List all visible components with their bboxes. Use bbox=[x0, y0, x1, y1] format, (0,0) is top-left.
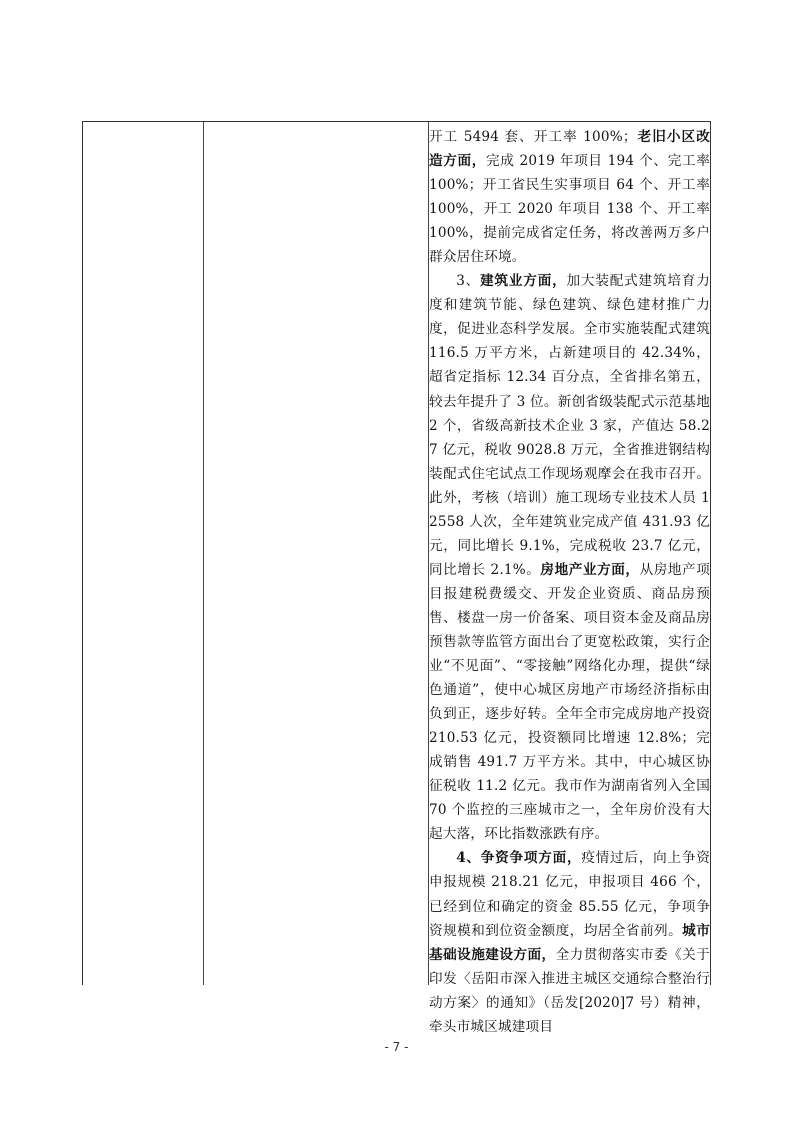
paragraph-funding: 4、争资争项方面，疫情过后，向上争资申报规模 218.21 亿元，申报项目 46… bbox=[429, 846, 710, 1038]
heading-real-estate: 房地产业方面， bbox=[540, 562, 639, 578]
text-run: 完成 2019 年项目 194 个、完工率 100%；开工省民生实事项目 64 … bbox=[429, 153, 710, 265]
table-cell-content: 开工 5494 套、开工率 100%；老旧小区改造方面，完成 2019 年项目 … bbox=[428, 122, 710, 985]
text-run: 开工 5494 套、开工率 100%； bbox=[429, 129, 637, 145]
table-cell-category bbox=[83, 122, 204, 985]
heading-funding: 争资争项方面， bbox=[481, 850, 582, 866]
section-number: 3、 bbox=[456, 273, 480, 289]
heading-construction: 建筑业方面， bbox=[480, 273, 566, 289]
text-run: 从房地产项目报建税费缓交、开发企业资质、商品房预售、楼盘一房一价备案、项目资本金… bbox=[429, 562, 710, 843]
paragraph-construction: 3、建筑业方面，加大装配式建筑培育力度和建筑节能、绿色建筑、绿色建材推广力度，促… bbox=[429, 269, 710, 846]
page-number: - 7 - bbox=[0, 1040, 793, 1054]
paragraph-housing: 开工 5494 套、开工率 100%；老旧小区改造方面，完成 2019 年项目 … bbox=[429, 125, 710, 269]
section-number: 4、 bbox=[456, 850, 481, 866]
table-cell-item bbox=[203, 122, 429, 985]
text-run: 加大装配式建筑培育力度和建筑节能、绿色建筑、绿色建材推广力度，促进业态科学发展。… bbox=[429, 273, 710, 578]
report-table: 开工 5494 套、开工率 100%；老旧小区改造方面，完成 2019 年项目 … bbox=[82, 121, 711, 985]
